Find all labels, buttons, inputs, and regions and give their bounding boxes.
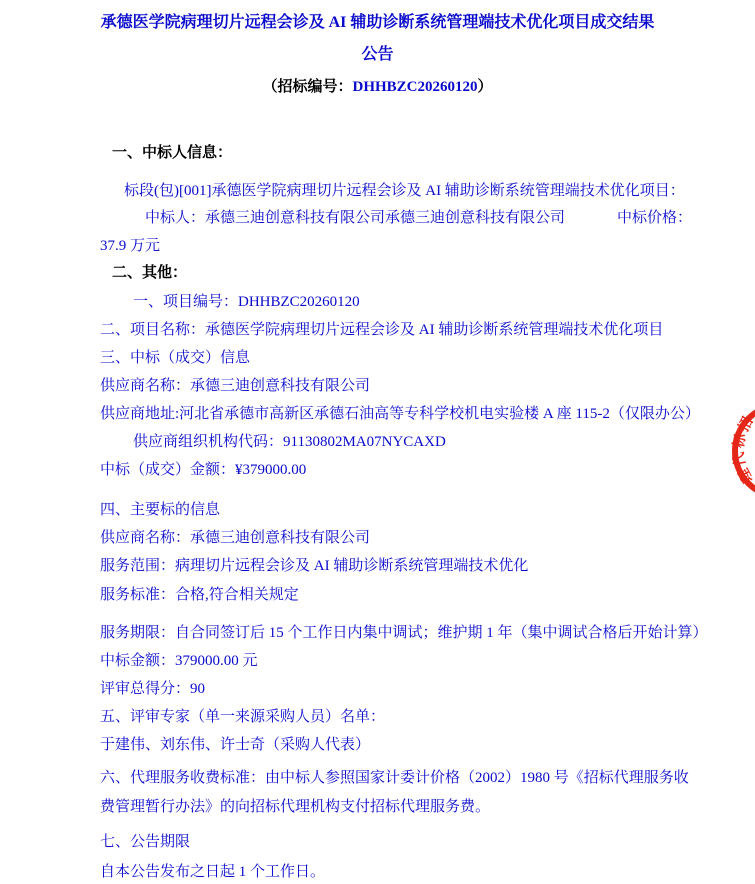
tender-number-suffix: ） xyxy=(478,79,493,95)
price-value: 37.9 万元 xyxy=(100,236,160,256)
price-label: 中标价格： xyxy=(617,210,692,226)
lot-line: 标段(包)[001]承德医学院病理切片远程会诊及 AI 辅助诊断系统管理端技术优… xyxy=(124,181,685,201)
red-seal: 招 标 代 理 xyxy=(732,402,755,500)
section1-heading: 一、中标人信息： xyxy=(112,143,232,163)
award-info-heading: 三、中标（成交）信息 xyxy=(100,348,250,368)
seal-character: 代 xyxy=(733,451,749,467)
tender-number-line: （招标编号：DHHBZC20260120） xyxy=(0,77,755,97)
notice-period-heading: 七、公告期限 xyxy=(100,832,190,852)
announcement-document-page: 承德医学院病理切片远程会诊及 AI 辅助诊断系统管理端技术优化项目成交结果 公告… xyxy=(0,0,755,884)
service-scope-line: 服务范围：病理切片远程会诊及 AI 辅助诊断系统管理端技术优化 xyxy=(100,556,528,576)
agency-fee-line2: 费管理暂行办法》的向招标代理机构支付招标代理服务费。 xyxy=(100,797,490,817)
supplier-name2-line: 供应商名称：承德三迪创意科技有限公司 xyxy=(100,528,370,548)
supplier-address-line: 供应商地址:河北省承德市高新区承德石油高等专科学校机电实验楼 A 座 115-2… xyxy=(100,404,700,424)
award-amount2-line: 中标金额：379000.00 元 xyxy=(100,651,258,671)
seal-character: 招 xyxy=(738,416,755,435)
winner-text: 中标人：承德三迪创意科技有限公司承德三迪创意科技有限公司 xyxy=(145,210,565,226)
document-title-line1: 承德医学院病理切片远程会诊及 AI 辅助诊断系统管理端技术优化项目成交结果 xyxy=(0,13,755,33)
section2-heading: 二、其他： xyxy=(112,263,187,283)
notice-period-line: 自本公告发布之日起 1 个工作日。 xyxy=(100,862,325,882)
service-standard-line: 服务标准：合格,符合相关规定 xyxy=(100,585,299,605)
project-number-line: 一、项目编号：DHHBZC20260120 xyxy=(133,292,360,312)
project-name-line: 二、项目名称：承德医学院病理切片远程会诊及 AI 辅助诊断系统管理端技术优化项目 xyxy=(100,320,663,340)
winner-line: 中标人：承德三迪创意科技有限公司承德三迪创意科技有限公司中标价格： xyxy=(145,208,692,228)
tender-number-prefix: （招标编号： xyxy=(262,79,352,95)
award-amount-line: 中标（成交）金额：¥379000.00 xyxy=(100,460,306,480)
experts-heading: 五、评审专家（单一来源采购人员）名单： xyxy=(100,707,385,727)
agency-fee-line1: 六、代理服务收费标准：由中标人参照国家计委计价格（2002）1980 号《招标代… xyxy=(100,768,689,788)
subject-info-heading: 四、主要标的信息 xyxy=(100,500,220,520)
supplier-org-code-line: 供应商组织机构代码：91130802MA07NYCAXD xyxy=(133,432,446,452)
supplier-name-line: 供应商名称：承德三迪创意科技有限公司 xyxy=(100,376,370,396)
experts-names-line: 于建伟、刘东伟、许士奇（采购人代表） xyxy=(100,735,370,755)
seal-character: 标 xyxy=(733,433,749,449)
seal-character: 理 xyxy=(738,466,755,485)
review-score-line: 评审总得分：90 xyxy=(100,679,205,699)
tender-number-code: DHHBZC20260120 xyxy=(352,79,477,95)
document-title-line2: 公告 xyxy=(0,45,755,65)
service-term-line: 服务期限：自合同签订后 15 个工作日内集中调试；维护期 1 年（集中调试合格后… xyxy=(100,623,708,643)
